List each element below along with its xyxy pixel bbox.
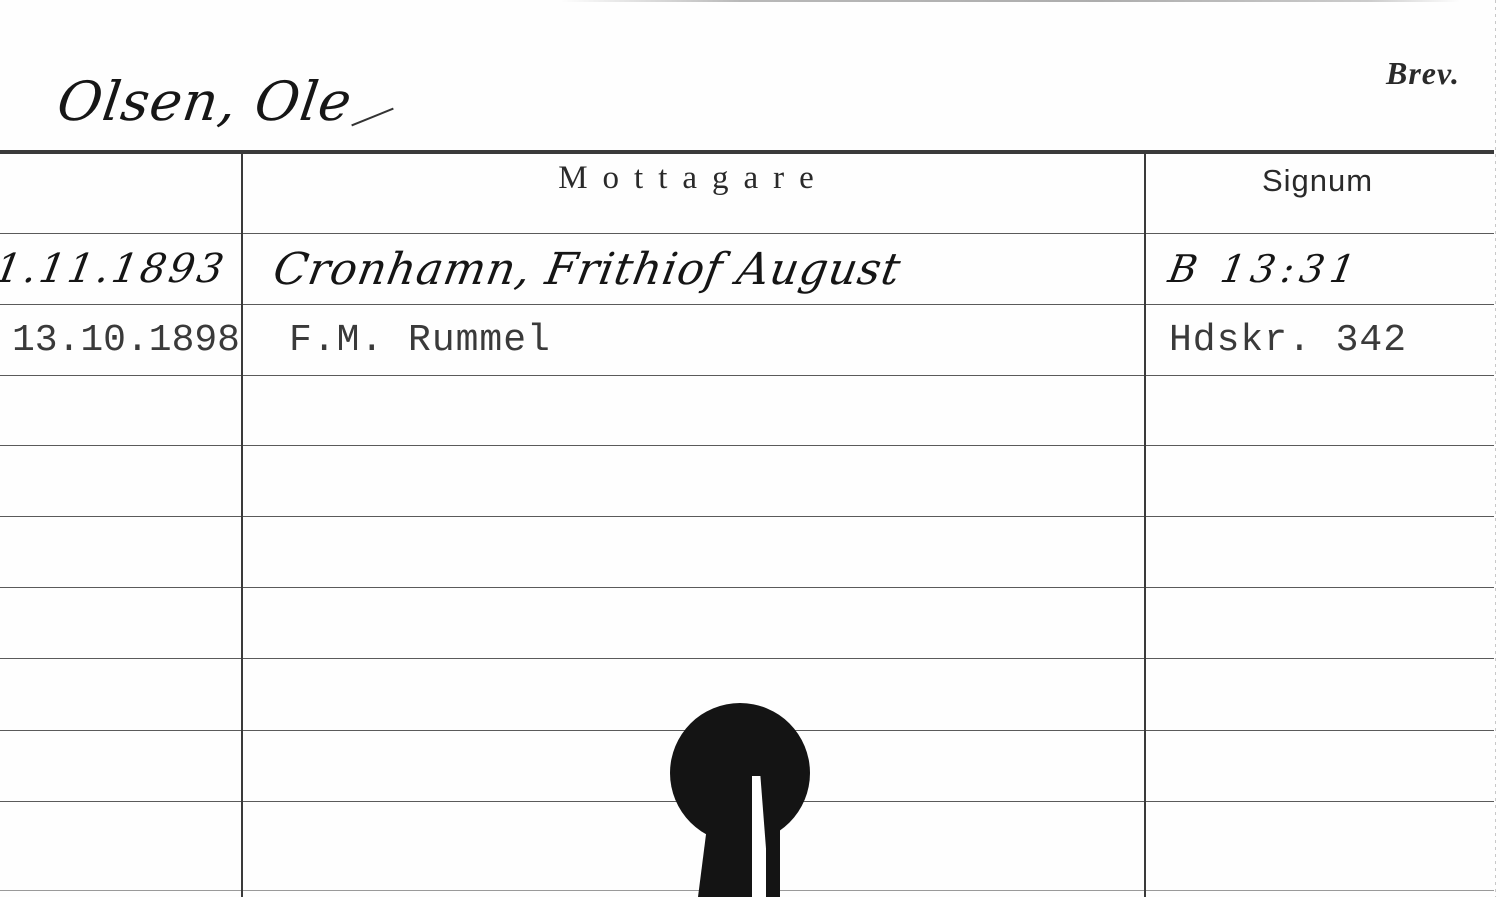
header-rule xyxy=(0,150,1494,154)
signum-value: B 13:31 xyxy=(1165,247,1364,291)
date-value: 21.11.1893 xyxy=(0,246,230,292)
table-row-empty xyxy=(0,588,1494,658)
card-category-label: Brev. xyxy=(1386,55,1460,92)
card-top-edge xyxy=(560,0,1460,2)
recipient-value: Cronhamn, Frithiof August xyxy=(270,244,905,295)
index-card: Olsen, Ole Brev. Mottagare Signum 21.11.… xyxy=(0,0,1500,897)
signum-value: Hdskr. 342 xyxy=(1169,319,1407,362)
date-value: 13.10.1898 xyxy=(12,319,240,362)
recipient-value: F.M. Rummel xyxy=(289,319,551,362)
signum-cell: B 13:31 xyxy=(1147,234,1492,304)
filing-punch-slot xyxy=(698,820,780,897)
table-row: 13.10.1898 F.M. Rummel Hdskr. 342 xyxy=(0,305,1494,375)
column-header-recipient: Mottagare xyxy=(242,160,1145,197)
table-row-empty xyxy=(0,517,1494,587)
signum-cell: Hdskr. 342 xyxy=(1147,305,1492,375)
recipient-cell: F.M. Rummel xyxy=(244,305,1144,375)
table-row: 21.11.1893 Cronhamn, Frithiof August B 1… xyxy=(0,234,1494,304)
table-row-empty xyxy=(0,446,1494,516)
card-right-edge xyxy=(1495,0,1496,897)
column-header-signum: Signum xyxy=(1145,163,1490,199)
recipient-cell: Cronhamn, Frithiof August xyxy=(244,234,1144,304)
date-cell: 21.11.1893 xyxy=(0,234,240,304)
date-cell: 13.10.1898 xyxy=(0,305,240,375)
handwriting-flourish xyxy=(351,108,393,127)
card-name-heading: Olsen, Ole xyxy=(54,70,357,133)
table-row-empty xyxy=(0,376,1494,446)
